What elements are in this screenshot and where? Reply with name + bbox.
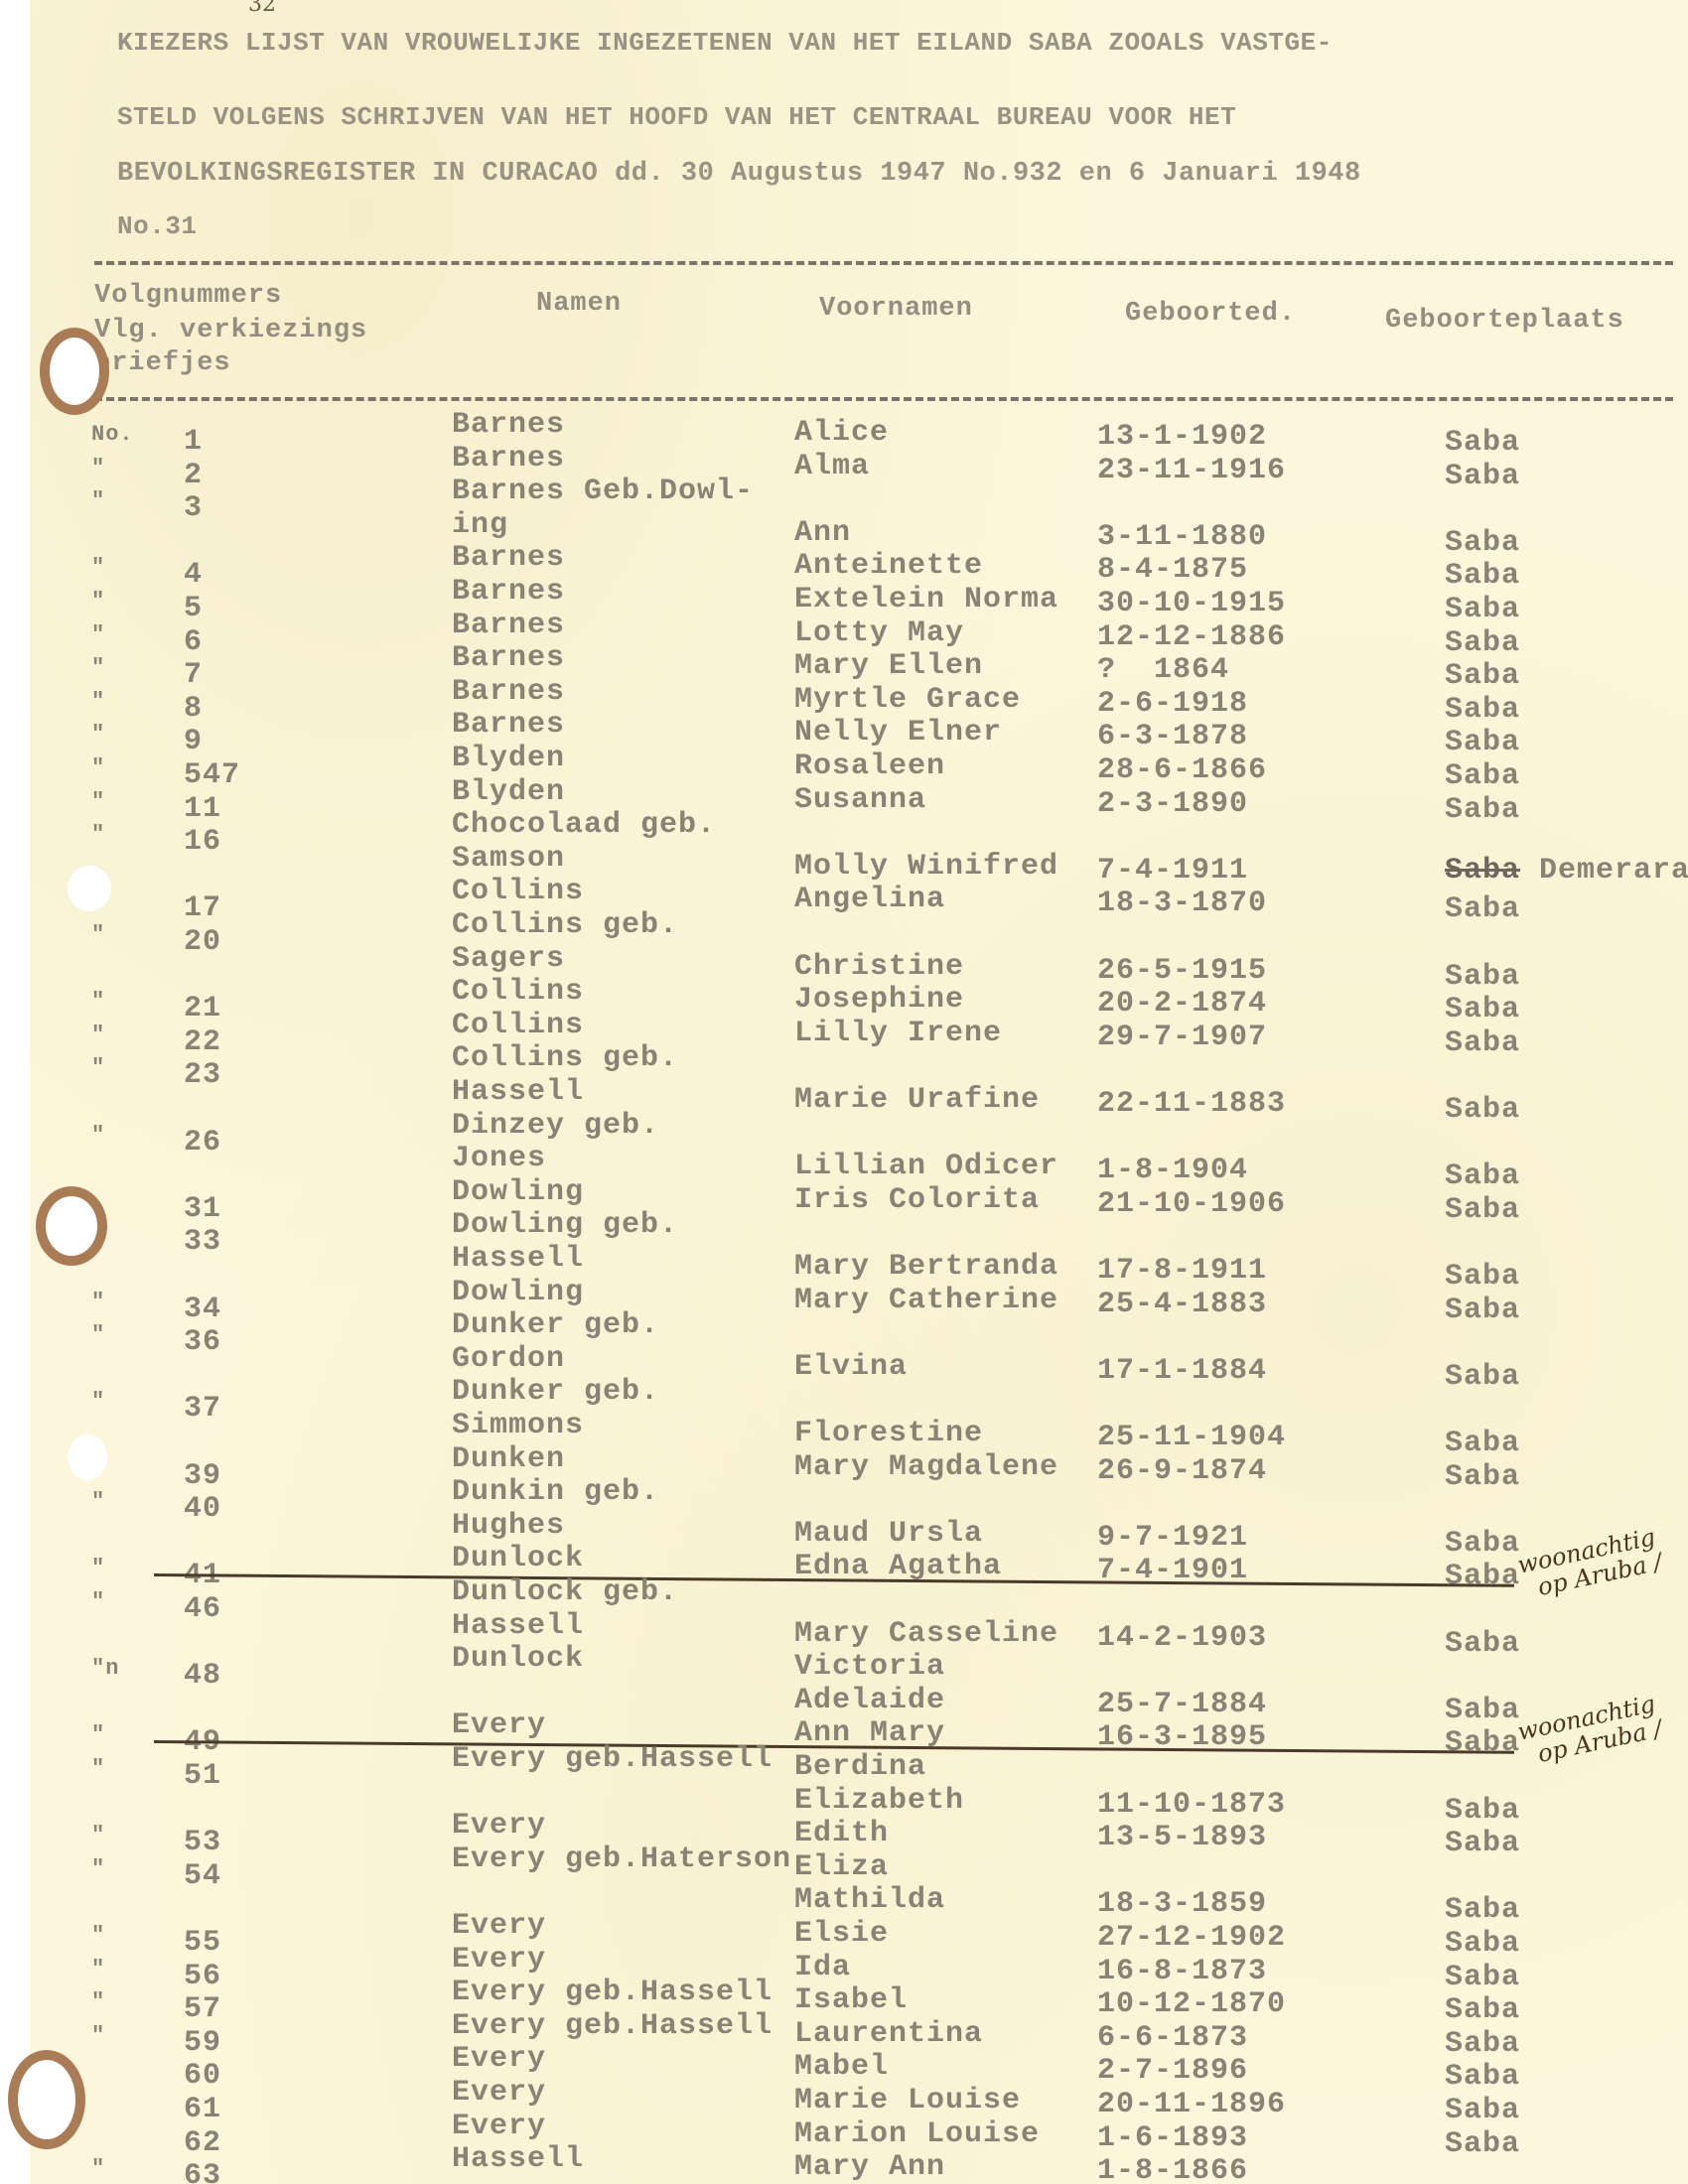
row-number: 16: [184, 827, 221, 857]
row-birth-date: 20-2-1874: [1097, 989, 1267, 1019]
row-surname: Barnes: [452, 543, 565, 573]
row-prefix: ": [91, 757, 105, 779]
row-birthplace: Saba: [1445, 1995, 1520, 2025]
row-birth-date: 6-3-1878: [1097, 722, 1248, 751]
row-birth-date: 9-7-1921: [1097, 1523, 1248, 1553]
row-surname: Every: [452, 1710, 546, 1740]
row-birth-date: 30-10-1915: [1097, 589, 1286, 618]
row-prefix: ": [91, 2025, 105, 2047]
row-given-names: Mathilda: [794, 1885, 945, 1915]
row-given-names: Laurentina: [794, 2019, 983, 2049]
row-given-names: Edna Agatha: [794, 1552, 1002, 1581]
row-birth-date: 25-11-1904: [1097, 1423, 1286, 1452]
row-prefix: ": [91, 1758, 105, 1780]
row-prefix: "n: [91, 1658, 119, 1680]
row-surname: Barnes: [452, 677, 565, 707]
row-number: 62: [184, 2128, 221, 2158]
row-birth-date: 1-8-1904: [1097, 1156, 1248, 1185]
row-birthplace: Saba: [1445, 1728, 1520, 1758]
row-prefix: ": [91, 1925, 105, 1947]
header-rule-top: [94, 261, 1673, 265]
row-given-names: Rosaleen: [794, 751, 945, 781]
row-surname: Hassell: [452, 1244, 584, 1274]
row-number: 57: [184, 1994, 221, 2024]
row-surname: Every: [452, 2078, 546, 2108]
row-birth-date: 20-11-1896: [1097, 2090, 1286, 2119]
title-line-1: KIEZERS LIJST VAN VROUWELIJKE INGEZETENE…: [117, 30, 1333, 56]
row-birth-date: 13-5-1893: [1097, 1823, 1267, 1852]
row-birth-date: 25-7-1884: [1097, 1690, 1267, 1719]
row-prefix: ": [91, 691, 105, 713]
row-birth-date: 11-10-1873: [1097, 1790, 1286, 1820]
row-surname: Blyden: [452, 744, 565, 773]
row-birth-date: 3-11-1880: [1097, 522, 1267, 552]
row-number: 21: [184, 994, 221, 1024]
row-given-names: Mary Magdalene: [794, 1452, 1058, 1482]
row-given-names: Molly Winifred: [794, 852, 1058, 882]
row-birthplace: Saba: [1445, 462, 1520, 491]
row-number: 37: [184, 1394, 221, 1424]
row-given-names: Ann: [794, 518, 851, 548]
title-line-3: BEVOLKINGSREGISTER IN CURACAO dd. 30 Aug…: [117, 161, 1361, 188]
row-given-names: Mary Bertranda: [794, 1252, 1058, 1282]
punch-hole-stained: [40, 328, 109, 415]
list-number: No.31: [117, 213, 198, 239]
row-surname: Every: [452, 2112, 546, 2141]
row-surname: Collins geb.: [452, 1043, 678, 1073]
row-birth-date: 1-8-1866: [1097, 2156, 1248, 2184]
row-given-names: Lotty May: [794, 618, 964, 648]
row-birthplace: Saba: [1445, 1562, 1520, 1591]
row-given-names: Marie Urafine: [794, 1085, 1040, 1115]
row-prefix: ": [91, 791, 105, 813]
row-surname: Dowling geb.: [452, 1210, 678, 1240]
row-given-names: Marion Louise: [794, 2119, 1040, 2149]
row-birth-date: 25-4-1883: [1097, 1290, 1267, 1319]
row-given-names: Iris Colorita: [794, 1185, 1040, 1215]
row-surname: Dunlock: [452, 1644, 584, 1674]
row-birthplace: Saba: [1445, 1195, 1520, 1225]
row-birthplace: Saba: [1445, 1829, 1520, 1858]
row-number: 4: [184, 560, 203, 590]
row-given-names: Elsie: [794, 1919, 889, 1949]
row-birthplace: Saba: [1445, 962, 1520, 992]
row-birth-date: 8-4-1875: [1097, 555, 1248, 585]
row-number: 6: [184, 627, 203, 657]
column-header-volgnummers-2: Vlg. verkiezings: [94, 318, 367, 344]
row-surname: Every geb.Hassell: [452, 1744, 773, 1774]
row-birthplace: Saba: [1445, 628, 1520, 658]
row-given-names: Alice: [794, 418, 889, 448]
row-birthplace: Saba: [1445, 1929, 1520, 1959]
row-birth-date: 22-11-1883: [1097, 1089, 1286, 1119]
row-birth-date: 2-6-1918: [1097, 689, 1248, 719]
row-surname: ing: [452, 510, 508, 540]
row-birth-date: 16-8-1873: [1097, 1957, 1267, 1986]
row-number: 9: [184, 727, 203, 756]
row-birthplace: Saba: [1445, 428, 1520, 458]
row-birth-date: 18-3-1870: [1097, 888, 1267, 918]
row-surname: Every: [452, 2044, 546, 2074]
row-given-names: Edith: [794, 1819, 889, 1848]
row-number: 59: [184, 2028, 221, 2058]
row-surname: Hassell: [452, 1077, 584, 1107]
row-prefix: ": [91, 1724, 105, 1746]
row-given-names: Lillian Odicer: [794, 1152, 1058, 1181]
row-prefix: ": [91, 1024, 105, 1046]
row-given-names: Elvina: [794, 1352, 908, 1382]
row-number: 53: [184, 1828, 221, 1857]
row-birthplace: Saba: [1445, 528, 1520, 558]
row-prefix: ": [91, 1391, 105, 1413]
row-birthplace: Saba: [1445, 1161, 1520, 1191]
row-surname: Gordon: [452, 1344, 565, 1374]
row-birthplace: Saba: [1445, 894, 1520, 924]
row-given-names: Extelein Norma: [794, 585, 1058, 614]
row-surname: Barnes: [452, 577, 565, 607]
row-given-names: Lilly Irene: [794, 1019, 1002, 1048]
row-given-names: Nelly Elner: [794, 718, 1002, 748]
row-given-names: Mary Catherine: [794, 1286, 1058, 1315]
row-birth-date: 13-1-1902: [1097, 422, 1267, 452]
row-birthplace: Saba: [1445, 2062, 1520, 2092]
row-surname: Barnes: [452, 710, 565, 740]
row-birth-date: 2-7-1896: [1097, 2056, 1248, 2086]
row-surname: Dunker geb.: [452, 1310, 659, 1340]
row-birthplace: Saba: [1445, 795, 1520, 825]
row-birthplace: Saba: [1445, 695, 1520, 725]
row-birth-date: 17-1-1884: [1097, 1356, 1267, 1386]
row-birthplace: Saba: [1445, 1362, 1520, 1392]
row-birth-date: 26-5-1915: [1097, 956, 1267, 986]
row-number: 8: [184, 694, 203, 724]
row-number: 39: [184, 1461, 221, 1491]
row-given-names: Mabel: [794, 2052, 889, 2082]
column-header-namen: Namen: [536, 291, 622, 318]
column-header-volgnummers-3: briefjes: [94, 350, 231, 377]
row-given-names: Victoria: [794, 1652, 945, 1682]
row-prefix: ": [91, 1125, 105, 1147]
row-surname: Jones: [452, 1144, 546, 1173]
handwritten-page-mark: 32: [248, 0, 276, 17]
row-surname: Collins geb.: [452, 910, 678, 940]
row-given-names: Elizabeth: [794, 1786, 964, 1816]
row-given-names: Mary Ann: [794, 2152, 945, 2182]
row-birthplace: Saba: [1445, 1296, 1520, 1325]
row-surname: Barnes: [452, 410, 565, 440]
row-birthplace: Saba: [1445, 595, 1520, 624]
row-birthplace: Demerara: [1539, 856, 1688, 886]
row-prefix: ": [91, 1558, 105, 1579]
row-prefix: ": [91, 591, 105, 613]
row-number: 7: [184, 660, 203, 690]
row-number: 54: [184, 1861, 221, 1891]
row-surname: Simmons: [452, 1411, 584, 1440]
row-birthplace: Saba: [1445, 1028, 1520, 1058]
row-birthplace: Saba: [1445, 1963, 1520, 1992]
row-given-names: Alma: [794, 452, 870, 481]
column-header-volgnummers: Volgnummers: [94, 283, 282, 310]
row-birthplace: Saba: [1445, 761, 1520, 791]
row-number: 36: [184, 1327, 221, 1357]
row-given-names: Anteinette: [794, 551, 983, 581]
row-birthplace: Saba: [1445, 1796, 1520, 1826]
row-number: 40: [184, 1494, 221, 1524]
row-given-names: Josephine: [794, 985, 964, 1015]
row-birth-date: 21-10-1906: [1097, 1189, 1286, 1219]
row-surname: Dunker geb.: [452, 1377, 659, 1407]
row-birth-date: 1-6-1893: [1097, 2123, 1248, 2153]
row-birth-date: 23-11-1916: [1097, 456, 1286, 485]
row-birth-date: 10-12-1870: [1097, 1989, 1286, 2019]
row-birth-date: 6-6-1873: [1097, 2023, 1248, 2053]
row-number: 23: [184, 1060, 221, 1090]
row-birth-date: 14-2-1903: [1097, 1623, 1267, 1653]
row-surname: Every: [452, 1945, 546, 1975]
row-birthplace: Saba: [1445, 1529, 1520, 1559]
row-given-names: Ida: [794, 1953, 851, 1982]
row-birth-date: 2-3-1890: [1097, 789, 1248, 819]
row-birthplace: Saba: [1445, 1262, 1520, 1292]
row-surname: Samson: [452, 844, 565, 874]
row-birth-date: 28-6-1866: [1097, 755, 1267, 785]
row-number: 22: [184, 1027, 221, 1057]
row-birthplace: Saba: [1445, 1629, 1520, 1659]
punch-hole-stained: [8, 2050, 85, 2149]
row-surname: Barnes: [452, 444, 565, 474]
row-number: 33: [184, 1227, 221, 1257]
column-header-geboorted: Geboorted.: [1125, 301, 1296, 328]
row-birth-date: 29-7-1907: [1097, 1023, 1267, 1052]
row-number: 46: [184, 1594, 221, 1624]
row-surname: Dowling: [452, 1177, 584, 1207]
row-number: 60: [184, 2061, 221, 2091]
row-surname: Blyden: [452, 777, 565, 807]
row-surname: Dunkin geb.: [452, 1477, 659, 1507]
row-birthplace: Saba: [1445, 2029, 1520, 2059]
row-surname: Barnes: [452, 643, 565, 673]
row-birthplace: Saba: [1445, 561, 1520, 591]
row-birth-date: 7-4-1911: [1097, 856, 1248, 886]
row-prefix: ": [91, 1491, 105, 1513]
row-prefix: ": [91, 991, 105, 1013]
row-birthplace: Saba: [1445, 2096, 1520, 2125]
row-birthplace: Saba: [1445, 2129, 1520, 2159]
row-given-names: Maud Ursla: [794, 1519, 983, 1549]
row-surname: Collins: [452, 977, 584, 1007]
row-surname: Dunlock: [452, 1544, 584, 1573]
row-prefix: ": [91, 1292, 105, 1313]
row-given-names: Marie Louise: [794, 2086, 1021, 2116]
row-given-names: Myrtle Grace: [794, 685, 1021, 715]
row-prefix: ": [91, 657, 105, 679]
row-given-names: Mary Casseline: [794, 1619, 1058, 1649]
row-prefix: ": [91, 490, 105, 512]
row-given-names: Isabel: [794, 1985, 908, 2015]
row-surname: Dunken: [452, 1444, 565, 1474]
row-given-names: Florestine: [794, 1419, 983, 1448]
row-prefix: ": [91, 624, 105, 646]
row-given-names: Susanna: [794, 785, 926, 815]
row-surname: Every: [452, 1811, 546, 1841]
row-birthplace: Saba: [1445, 661, 1520, 691]
row-given-names: Mary Ellen: [794, 651, 983, 681]
row-birth-date: 12-12-1886: [1097, 622, 1286, 652]
row-prefix: ": [91, 1825, 105, 1846]
row-surname: Collins: [452, 877, 584, 906]
row-surname: Dinzey geb.: [452, 1111, 659, 1141]
row-surname: Barnes Geb.Dowl-: [452, 477, 754, 506]
row-surname: Collins: [452, 1011, 584, 1040]
column-header-geboorteplaats: Geboorteplaats: [1385, 308, 1624, 335]
row-number: 5: [184, 594, 203, 623]
header-rule-bottom: [94, 397, 1673, 401]
row-birthplace: Saba: [1445, 1696, 1520, 1725]
title-line-2: STELD VOLGENS SCHRIJVEN VAN HET HOOFD VA…: [117, 104, 1236, 130]
row-surname: Dunlock geb.: [452, 1577, 678, 1607]
row-number: 48: [184, 1661, 221, 1691]
row-birth-date: 17-8-1911: [1097, 1256, 1267, 1286]
row-birthplace: Saba: [1445, 995, 1520, 1024]
row-number: 20: [184, 927, 221, 957]
row-birthplace: Saba: [1445, 728, 1520, 757]
row-surname: Hughes: [452, 1511, 565, 1541]
row-birthplace-struck: Saba: [1445, 856, 1520, 886]
row-birth-date: 26-9-1874: [1097, 1456, 1267, 1486]
row-given-names: Berdina: [794, 1752, 926, 1782]
row-birth-date: ? 1864: [1097, 655, 1229, 685]
row-number: 55: [184, 1928, 221, 1958]
row-prefix: ": [91, 724, 105, 746]
row-prefix: ": [91, 824, 105, 846]
row-number: 547: [184, 760, 240, 790]
row-surname: Every geb.Hassell: [452, 1978, 773, 2007]
row-given-names: Angelina: [794, 885, 945, 914]
punch-hole: [68, 866, 111, 911]
row-number: 31: [184, 1194, 221, 1224]
row-number: 61: [184, 2095, 221, 2124]
row-number: 2: [184, 461, 203, 490]
row-number: 11: [184, 794, 221, 824]
row-surname: Dowling: [452, 1278, 584, 1307]
row-surname: Every geb.Hassell: [452, 2011, 773, 2041]
punch-hole: [68, 1434, 107, 1480]
row-prefix: ": [91, 1324, 105, 1346]
row-surname: Barnes: [452, 611, 565, 640]
row-birthplace: Saba: [1445, 1095, 1520, 1125]
row-number: 17: [184, 893, 221, 923]
row-number: 3: [184, 493, 203, 523]
row-prefix: ": [91, 1991, 105, 2013]
row-prefix: ": [91, 1858, 105, 1880]
row-surname: Sagers: [452, 944, 565, 974]
row-given-names: Eliza: [794, 1852, 889, 1882]
row-birthplace: Saba: [1445, 1429, 1520, 1458]
row-birth-date: 18-3-1859: [1097, 1889, 1267, 1919]
row-prefix: ": [91, 2158, 105, 2180]
row-prefix: ": [91, 1057, 105, 1079]
column-header-voornamen: Voornamen: [819, 296, 973, 323]
row-surname: Chocolaad geb.: [452, 810, 716, 840]
row-number: 1: [184, 427, 203, 457]
row-surname: Hassell: [452, 1611, 584, 1641]
row-number: 26: [184, 1128, 221, 1158]
row-number: 56: [184, 1962, 221, 1991]
row-surname: Every geb.Haterson: [452, 1844, 791, 1874]
row-prefix: ": [91, 1591, 105, 1613]
row-prefix: ": [91, 557, 105, 579]
row-birthplace: Saba: [1445, 1895, 1520, 1925]
row-prefix: ": [91, 458, 105, 479]
row-prefix: ": [91, 924, 105, 946]
row-birthplace: Saba: [1445, 1462, 1520, 1492]
row-number: 63: [184, 2161, 221, 2184]
row-given-names: Ann Mary: [794, 1718, 945, 1748]
row-surname: Every: [452, 1911, 546, 1941]
row-number: 51: [184, 1761, 221, 1791]
row-given-names: Adelaide: [794, 1686, 945, 1715]
row-birth-date: 27-12-1902: [1097, 1923, 1286, 1953]
row-prefix: No.: [91, 424, 134, 446]
punch-hole-stained: [36, 1186, 107, 1266]
row-given-names: Christine: [794, 952, 964, 982]
row-surname: Hassell: [452, 2144, 584, 2174]
row-number: 34: [184, 1295, 221, 1324]
row-prefix: ": [91, 1959, 105, 1980]
